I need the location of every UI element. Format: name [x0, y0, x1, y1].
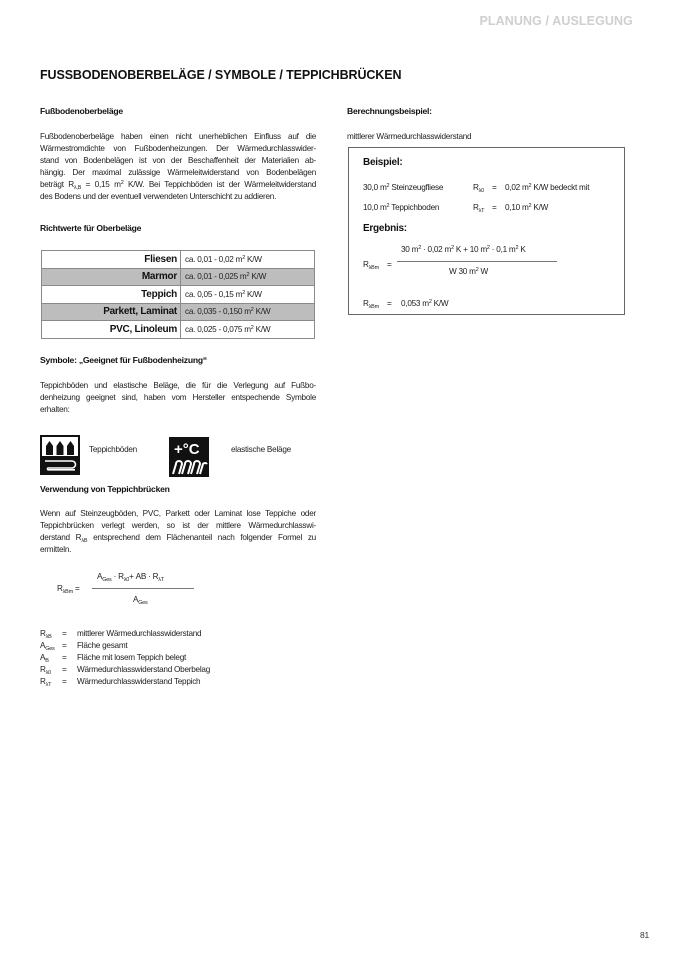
legend-symbol: RλB	[40, 628, 64, 640]
text-line: Teppichböden und elastische Beläge, die …	[40, 380, 316, 392]
result-title: Ergebnis:	[363, 223, 407, 234]
material-name: PVC, Linoleum	[42, 321, 181, 339]
text-line: denheizung geeignet sind, haben vom Hers…	[40, 392, 316, 404]
table-row: PVC, Linoleumca. 0,025 - 0,075 m2 K/W	[42, 321, 315, 339]
result-eq: =	[387, 299, 392, 308]
guide-values-heading: Richtwerte für Oberbeläge	[40, 223, 141, 233]
table-row: Fliesenca. 0,01 - 0,02 m2 K/W	[42, 251, 315, 269]
page-title: FUSSBODENOBERBELÄGE / SYMBOLE / TEPPICHB…	[40, 68, 401, 82]
material-name: Parkett, Laminat	[42, 303, 181, 321]
elastic-floor-heating-icon: +°C	[169, 437, 209, 477]
material-value: ca. 0,01 - 0,025 m2 K/W	[181, 268, 315, 286]
material-value: ca. 0,01 - 0,02 m2 K/W	[181, 251, 315, 269]
result-calc-denominator: W 30 m2 W	[449, 267, 488, 276]
formula-denominator: AGes	[133, 595, 148, 604]
example-row-qty: 30,0 m2 Steinzeugfliese	[363, 183, 443, 192]
symbol-label-carpet: Teppichböden	[89, 445, 137, 454]
text-line: Wenn auf Steinzeugböden, PVC, Parkett od…	[40, 508, 316, 520]
example-row-value: 0,02 m2 K/W bedeckt mit	[505, 183, 589, 192]
legend-eq: =	[62, 664, 67, 676]
carpet-floor-heating-icon	[40, 435, 80, 475]
legend-symbol: RλT	[40, 676, 64, 688]
legend-eq: =	[62, 676, 67, 688]
text-line: erhalten:	[40, 404, 316, 416]
material-name: Teppich	[42, 286, 181, 304]
legend-description: Wärmedurchlasswiderstand Oberbelag	[77, 664, 210, 676]
symbol-label-elastic: elastische Beläge	[231, 445, 291, 454]
text-line: stand von Bodenbelägen ist von der Besch…	[40, 155, 316, 167]
legend-symbol: AGes	[40, 640, 64, 652]
calculation-example-heading: Berechnungsbeispiel:	[347, 106, 432, 116]
page-number: 81	[640, 930, 649, 940]
guide-values-table: Fliesenca. 0,01 - 0,02 m2 K/WMarmorca. 0…	[41, 250, 315, 339]
material-value: ca. 0,035 - 0,150 m2 K/W	[181, 303, 315, 321]
material-value: ca. 0,025 - 0,075 m2 K/W	[181, 321, 315, 339]
example-row-qty: 10,0 m2 Teppichboden	[363, 203, 439, 212]
result-value: 0,053 m2 K/W	[401, 299, 448, 308]
result-calc-lhs: RλBm	[363, 260, 379, 269]
result-calc-eq: =	[387, 260, 392, 269]
text-line: Fußbodenoberbeläge haben einen nicht une…	[40, 131, 316, 143]
legend-eq: =	[62, 652, 67, 664]
text-line: ermitteln.	[40, 544, 316, 556]
example-row-symbol: RλT	[473, 203, 484, 212]
text-line: derstand RλB entsprechend dem Flächenant…	[40, 532, 316, 544]
material-name: Marmor	[42, 268, 181, 286]
legend-description: Fläche mit losem Teppich belegt	[77, 652, 186, 664]
floorings-paragraph: Fußbodenoberbeläge haben einen nicht une…	[40, 131, 316, 204]
carpet-bridges-heading: Verwendung von Teppichbrücken	[40, 484, 170, 494]
material-name: Fliesen	[42, 251, 181, 269]
legend-description: mittlerer Wärmedurchlasswiderstand	[77, 628, 201, 640]
legend-description: Wärmedurchlasswiderstand Teppich	[77, 676, 200, 688]
result-fraction-line	[397, 261, 557, 262]
legend-symbol: AB	[40, 652, 64, 664]
formula-fraction-line	[92, 588, 194, 589]
table-row: Marmorca. 0,01 - 0,025 m2 K/W	[42, 268, 315, 286]
floorings-heading: Fußbodenoberbeläge	[40, 106, 123, 116]
example-row-eq: =	[492, 183, 497, 192]
table-row: Parkett, Laminatca. 0,035 - 0,150 m2 K/W	[42, 303, 315, 321]
text-line: Wärmestromdichte von Fußbodenheizungen. …	[40, 143, 316, 155]
legend-eq: =	[62, 628, 67, 640]
formula-numerator: AGes · Rλ0+ AB · RλT	[97, 572, 164, 581]
example-title: Beispiel:	[363, 157, 402, 168]
result-lhs: RλBm	[363, 299, 379, 308]
symbols-heading: Symbole: „Geeignet für Fußbodenheizung“	[40, 355, 207, 365]
symbols-paragraph: Teppichböden und elastische Beläge, die …	[40, 380, 316, 416]
section-label: PLANUNG / AUSLEGUNG	[479, 14, 633, 28]
example-row-value: 0,10 m2 K/W	[505, 203, 548, 212]
text-line: Teppichbrücken verlegt werden, so ist de…	[40, 520, 316, 532]
legend-description: Fläche gesamt	[77, 640, 127, 652]
legend-eq: =	[62, 640, 67, 652]
svg-text:+°C: +°C	[174, 441, 200, 458]
example-row-eq: =	[492, 203, 497, 212]
calculation-intro: mittlerer Wärmedurchlasswiderstand	[347, 132, 471, 141]
example-box: Beispiel: 30,0 m2 Steinzeugfliese Rλ0 = …	[348, 147, 625, 315]
example-row-symbol: Rλ0	[473, 183, 484, 192]
carpet-bridges-paragraph: Wenn auf Steinzeugböden, PVC, Parkett od…	[40, 508, 316, 556]
result-calc-numerator: 30 m2 · 0,02 m2 K + 10 m2 · 0,1 m2 K	[401, 245, 526, 254]
text-line: des Bodens und der eventuell verwendeten…	[40, 191, 316, 203]
text-line: beträgt Rλ,B = 0,15 m2 K/W. Bei Teppichb…	[40, 179, 316, 191]
material-value: ca. 0,05 - 0,15 m2 K/W	[181, 286, 315, 304]
legend-symbol: Rλ0	[40, 664, 64, 676]
table-row: Teppichca. 0,05 - 0,15 m2 K/W	[42, 286, 315, 304]
text-line: hängig. Der maximal zulässige Wärmeleitw…	[40, 167, 316, 179]
formula-lhs: RλBm =	[57, 584, 79, 593]
